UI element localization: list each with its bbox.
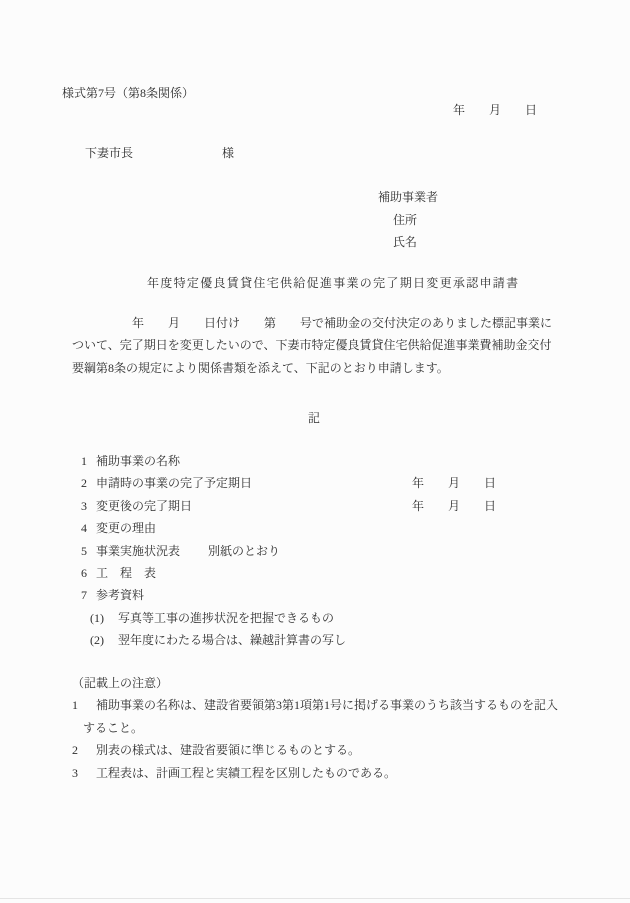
item-number: 2 <box>81 472 96 494</box>
subitem-label: 写真等工事の進捗状況を把握できるもの <box>118 611 334 625</box>
section-marker: 記 <box>308 409 320 426</box>
item-label: 工 程 表 <box>96 566 156 580</box>
subitem-number: (2) <box>90 629 118 651</box>
item-list: 1補助事業の名称 2申請時の事業の完了予定期日 年 月 日 3変更後の完了期日 … <box>0 450 630 652</box>
sub-item-2: (2)翌年度にわたる場合は、繰越計算書の写し <box>0 629 630 651</box>
item-label: 申請時の事業の完了予定期日 <box>96 476 252 490</box>
list-item-5: 5事業実施状況表 別紙のとおり <box>0 540 630 562</box>
subitem-number: (1) <box>90 607 118 629</box>
list-item-4: 4変更の理由 <box>0 517 630 539</box>
applicant-name-label: 氏名 <box>393 233 417 250</box>
date-blank-line: 年 月 日 <box>453 101 537 118</box>
item-label: 補助事業の名称 <box>96 454 180 468</box>
note-text: 別表の様式は、建設省要領に準じるものとする。 <box>96 743 360 757</box>
item-date-blank: 年 月 日 <box>412 495 496 517</box>
sub-item-1: (1)写真等工事の進捗状況を把握できるもの <box>0 607 630 629</box>
document-page: 様式第7号（第8条関係） 年 月 日 下妻市長様 補助事業者 住所 氏名 年度特… <box>0 0 630 903</box>
body-line: 要綱第8条の規定により関係書類を添えて、下記のとおり申請します。 <box>72 357 572 379</box>
item-label: 変更の理由 <box>96 521 156 535</box>
notes-section: （記載上の注意） 1補助事業の名称は、建設省要領第3第1項第1号に掲げる事業のう… <box>0 672 630 784</box>
item-number: 3 <box>81 495 96 517</box>
addressee-line: 下妻市長様 <box>85 144 234 161</box>
note-number: 3 <box>72 762 96 784</box>
addressee-honorific: 様 <box>222 146 234 160</box>
item-number: 5 <box>81 540 96 562</box>
note-text: 補助事業の名称は、建設省要領第3第1項第1号に掲げる事業のうち該当するものを記入 <box>96 698 558 712</box>
note-1-continued: すること。 <box>0 717 630 739</box>
subitem-label: 翌年度にわたる場合は、繰越計算書の写し <box>118 633 346 647</box>
item-label: 参考資料 <box>96 588 144 602</box>
form-number: 様式第7号（第8条関係） <box>62 84 194 101</box>
list-item-6: 6工 程 表 <box>0 562 630 584</box>
body-line: ついて、完了期日を変更したいので、下妻市特定優良賃貸住宅供給促進事業費補助金交付 <box>72 334 572 356</box>
list-item-3: 3変更後の完了期日 年 月 日 <box>0 495 630 517</box>
applicant-address-label: 住所 <box>393 211 417 228</box>
item-label: 事業実施状況表 <box>96 544 180 558</box>
list-item-7: 7参考資料 <box>0 584 630 606</box>
notes-heading: （記載上の注意） <box>0 672 630 694</box>
list-item-2: 2申請時の事業の完了予定期日 年 月 日 <box>0 472 630 494</box>
item-number: 7 <box>81 584 96 606</box>
note-2: 2別表の様式は、建設省要領に準じるものとする。 <box>0 739 630 761</box>
item-label: 変更後の完了期日 <box>96 499 192 513</box>
note-3: 3工程表は、計画工程と実績工程を区別したものである。 <box>0 762 630 784</box>
item-date-blank: 年 月 日 <box>412 472 496 494</box>
addressee-name: 下妻市長 <box>85 146 133 160</box>
note-number: 2 <box>72 739 96 761</box>
body-paragraph: 年 月 日付け 第 号で補助金の交付決定のありました標記事業に ついて、完了期日… <box>72 312 572 379</box>
page-bottom-edge <box>0 898 630 899</box>
attachment-note: 別紙のとおり <box>208 540 280 562</box>
note-1: 1補助事業の名称は、建設省要領第3第1項第1号に掲げる事業のうち該当するものを記… <box>0 694 630 716</box>
note-number: 1 <box>72 694 96 716</box>
applicant-role-label: 補助事業者 <box>378 188 438 205</box>
list-item-1: 1補助事業の名称 <box>0 450 630 472</box>
item-number: 1 <box>81 450 96 472</box>
item-number: 6 <box>81 562 96 584</box>
item-number: 4 <box>81 517 96 539</box>
body-line: 年 月 日付け 第 号で補助金の交付決定のありました標記事業に <box>72 312 572 334</box>
document-title: 年度特定優良賃貸住宅供給促進事業の完了期日変更承認申請書 <box>147 274 519 291</box>
note-text: 工程表は、計画工程と実績工程を区別したものである。 <box>96 766 396 780</box>
